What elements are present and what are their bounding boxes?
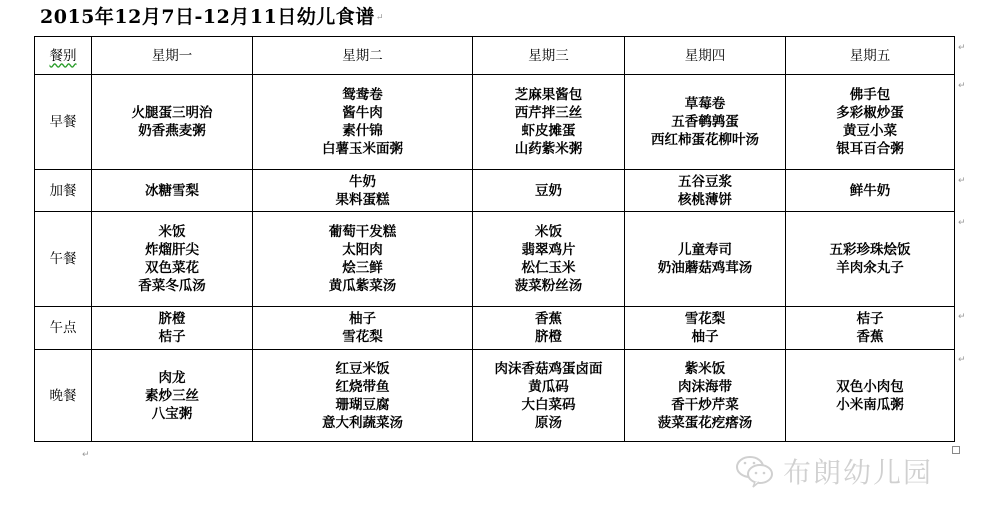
dish-item: 大白菜码 — [473, 396, 624, 414]
menu-cell: 肉龙素炒三丝八宝粥 — [92, 350, 253, 442]
watermark-text: 布朗幼儿园 — [783, 451, 933, 491]
menu-cell: 米饭翡翠鸡片松仁玉米菠菜粉丝汤 — [473, 212, 625, 307]
meal-label: 加餐 — [35, 170, 92, 212]
dish-item: 菠菜蛋花疙瘩汤 — [625, 414, 785, 432]
document-title: 2015年12月7日-12月11日幼儿食谱↵ — [40, 2, 384, 29]
dish-item: 红烧带鱼 — [253, 378, 472, 396]
meal-row-breakfast: 早餐火腿蛋三明治奶香燕麦粥鸳鸯卷酱牛肉素什锦白薯玉米面粥芝麻果酱包西芹拌三丝虾皮… — [35, 75, 955, 170]
dish-item: 菠菜粉丝汤 — [473, 277, 624, 295]
dish-item: 素炒三丝 — [92, 387, 252, 405]
dish-item: 山药紫米粥 — [473, 140, 624, 158]
menu-cell: 豆奶 — [473, 170, 625, 212]
row-end-mark: ↵ — [958, 176, 966, 186]
menu-cell: 脐橙桔子 — [92, 307, 253, 350]
dish-item: 酱牛肉 — [253, 104, 472, 122]
menu-cell: 葡萄干发糕太阳肉烩三鲜黄瓜紫菜汤 — [253, 212, 473, 307]
dish-item: 柚子 — [625, 328, 785, 346]
menu-cell: 鲜牛奶 — [786, 170, 955, 212]
day-header-fri: 星期五 — [786, 37, 955, 75]
dish-item: 五谷豆浆 — [625, 173, 785, 191]
dish-item: 银耳百合粥 — [786, 140, 954, 158]
dish-item: 黄瓜紫菜汤 — [253, 277, 472, 295]
dish-item: 五彩珍珠烩饭 — [786, 241, 954, 259]
menu-cell: 雪花梨柚子 — [625, 307, 786, 350]
dish-item: 儿童寿司 — [625, 241, 785, 259]
dish-item: 紫米饭 — [625, 360, 785, 378]
menu-cell: 香蕉脐橙 — [473, 307, 625, 350]
dish-item: 香蕉 — [786, 328, 954, 346]
meal-row-lunch: 午餐米饭炸熘肝尖双色菜花香菜冬瓜汤葡萄干发糕太阳肉烩三鲜黄瓜紫菜汤米饭翡翠鸡片松… — [35, 212, 955, 307]
dish-item: 翡翠鸡片 — [473, 241, 624, 259]
day-header-mon: 星期一 — [92, 37, 253, 75]
dish-item: 羊肉氽丸子 — [786, 259, 954, 277]
dish-item: 原汤 — [473, 414, 624, 432]
dish-item: 红豆米饭 — [253, 360, 472, 378]
dish-item: 脐橙 — [92, 310, 252, 328]
dish-item: 西红柿蛋花柳叶汤 — [625, 131, 785, 149]
meal-label: 午餐 — [35, 212, 92, 307]
menu-cell: 鸳鸯卷酱牛肉素什锦白薯玉米面粥 — [253, 75, 473, 170]
dish-item: 米饭 — [473, 223, 624, 241]
dish-item: 鸳鸯卷 — [253, 86, 472, 104]
wechat-icon — [735, 454, 775, 488]
menu-cell: 草莓卷五香鹌鹑蛋西红柿蛋花柳叶汤 — [625, 75, 786, 170]
dish-item: 雪花梨 — [253, 328, 472, 346]
dish-item: 八宝粥 — [92, 405, 252, 423]
dish-item: 脐橙 — [473, 328, 624, 346]
dish-item: 肉龙 — [92, 369, 252, 387]
dish-item: 白薯玉米面粥 — [253, 140, 472, 158]
day-header-thu: 星期四 — [625, 37, 786, 75]
dish-item: 肉沫海带 — [625, 378, 785, 396]
menu-table: 餐别 星期一 星期二 星期三 星期四 星期五 早餐火腿蛋三明治奶香燕麦粥鸳鸯卷酱… — [34, 36, 955, 442]
menu-cell: 双色小肉包小米南瓜粥 — [786, 350, 955, 442]
row-end-mark: ↵ — [958, 355, 966, 365]
dish-item: 米饭 — [92, 223, 252, 241]
watermark: 布朗幼儿园 — [735, 451, 933, 491]
dish-item: 香干炒芹菜 — [625, 396, 785, 414]
dish-item: 烩三鲜 — [253, 259, 472, 277]
paragraph-mark: ↵ — [82, 450, 90, 460]
dish-item: 奶香燕麦粥 — [92, 122, 252, 140]
dish-item: 桔子 — [786, 310, 954, 328]
menu-cell: 紫米饭肉沫海带香干炒芹菜菠菜蛋花疙瘩汤 — [625, 350, 786, 442]
dish-item: 果料蛋糕 — [253, 191, 472, 209]
menu-cell: 牛奶果料蛋糕 — [253, 170, 473, 212]
dish-item: 松仁玉米 — [473, 259, 624, 277]
dish-item: 奶油蘑菇鸡茸汤 — [625, 259, 785, 277]
dish-item: 豆奶 — [473, 182, 624, 200]
dish-item: 冰糖雪梨 — [92, 182, 252, 200]
corner-header: 餐别 — [35, 37, 92, 75]
dish-item: 香菜冬瓜汤 — [92, 277, 252, 295]
dish-item: 多彩椒炒蛋 — [786, 104, 954, 122]
row-end-mark: ↵ — [958, 81, 966, 91]
dish-item: 虾皮摊蛋 — [473, 122, 624, 140]
meal-label: 晚餐 — [35, 350, 92, 442]
table-resize-handle[interactable] — [952, 446, 960, 454]
dish-item: 炸熘肝尖 — [92, 241, 252, 259]
dish-item: 核桃薄饼 — [625, 191, 785, 209]
dish-item: 草莓卷 — [625, 95, 785, 113]
dish-item: 黄豆小菜 — [786, 122, 954, 140]
meal-row-snack: 加餐冰糖雪梨牛奶果料蛋糕豆奶五谷豆浆核桃薄饼鲜牛奶 — [35, 170, 955, 212]
menu-cell: 芝麻果酱包西芹拌三丝虾皮摊蛋山药紫米粥 — [473, 75, 625, 170]
meal-row-afternoon-snack: 午点脐橙桔子柚子雪花梨香蕉脐橙雪花梨柚子桔子香蕉 — [35, 307, 955, 350]
dish-item: 芝麻果酱包 — [473, 86, 624, 104]
meal-label: 早餐 — [35, 75, 92, 170]
menu-cell: 五彩珍珠烩饭羊肉氽丸子 — [786, 212, 955, 307]
dish-item: 柚子 — [253, 310, 472, 328]
dish-item: 葡萄干发糕 — [253, 223, 472, 241]
dish-item: 素什锦 — [253, 122, 472, 140]
menu-cell: 儿童寿司奶油蘑菇鸡茸汤 — [625, 212, 786, 307]
meal-row-dinner: 晚餐肉龙素炒三丝八宝粥红豆米饭红烧带鱼珊瑚豆腐意大利蔬菜汤肉沫香菇鸡蛋卤面黄瓜码… — [35, 350, 955, 442]
dish-item: 双色菜花 — [92, 259, 252, 277]
dish-item: 小米南瓜粥 — [786, 396, 954, 414]
paragraph-mark: ↵ — [376, 13, 384, 23]
header-row: 餐别 星期一 星期二 星期三 星期四 星期五 — [35, 37, 955, 75]
menu-cell: 柚子雪花梨 — [253, 307, 473, 350]
dish-item: 火腿蛋三明治 — [92, 104, 252, 122]
dish-item: 桔子 — [92, 328, 252, 346]
dish-item: 鲜牛奶 — [786, 182, 954, 200]
dish-item: 肉沫香菇鸡蛋卤面 — [473, 360, 624, 378]
dish-item: 佛手包 — [786, 86, 954, 104]
menu-cell: 米饭炸熘肝尖双色菜花香菜冬瓜汤 — [92, 212, 253, 307]
menu-cell: 火腿蛋三明治奶香燕麦粥 — [92, 75, 253, 170]
row-end-mark: ↵ — [958, 218, 966, 228]
day-header-wed: 星期三 — [473, 37, 625, 75]
menu-cell: 佛手包多彩椒炒蛋黄豆小菜银耳百合粥 — [786, 75, 955, 170]
menu-cell: 桔子香蕉 — [786, 307, 955, 350]
dish-item: 珊瑚豆腐 — [253, 396, 472, 414]
menu-cell: 五谷豆浆核桃薄饼 — [625, 170, 786, 212]
dish-item: 牛奶 — [253, 173, 472, 191]
row-end-mark: ↵ — [958, 43, 966, 53]
row-end-mark: ↵ — [958, 312, 966, 322]
dish-item: 双色小肉包 — [786, 378, 954, 396]
dish-item: 黄瓜码 — [473, 378, 624, 396]
meal-label: 午点 — [35, 307, 92, 350]
menu-cell: 红豆米饭红烧带鱼珊瑚豆腐意大利蔬菜汤 — [253, 350, 473, 442]
dish-item: 雪花梨 — [625, 310, 785, 328]
menu-cell: 肉沫香菇鸡蛋卤面黄瓜码大白菜码原汤 — [473, 350, 625, 442]
menu-cell: 冰糖雪梨 — [92, 170, 253, 212]
dish-item: 五香鹌鹑蛋 — [625, 113, 785, 131]
day-header-tue: 星期二 — [253, 37, 473, 75]
dish-item: 西芹拌三丝 — [473, 104, 624, 122]
dish-item: 太阳肉 — [253, 241, 472, 259]
dish-item: 意大利蔬菜汤 — [253, 414, 472, 432]
dish-item: 香蕉 — [473, 310, 624, 328]
